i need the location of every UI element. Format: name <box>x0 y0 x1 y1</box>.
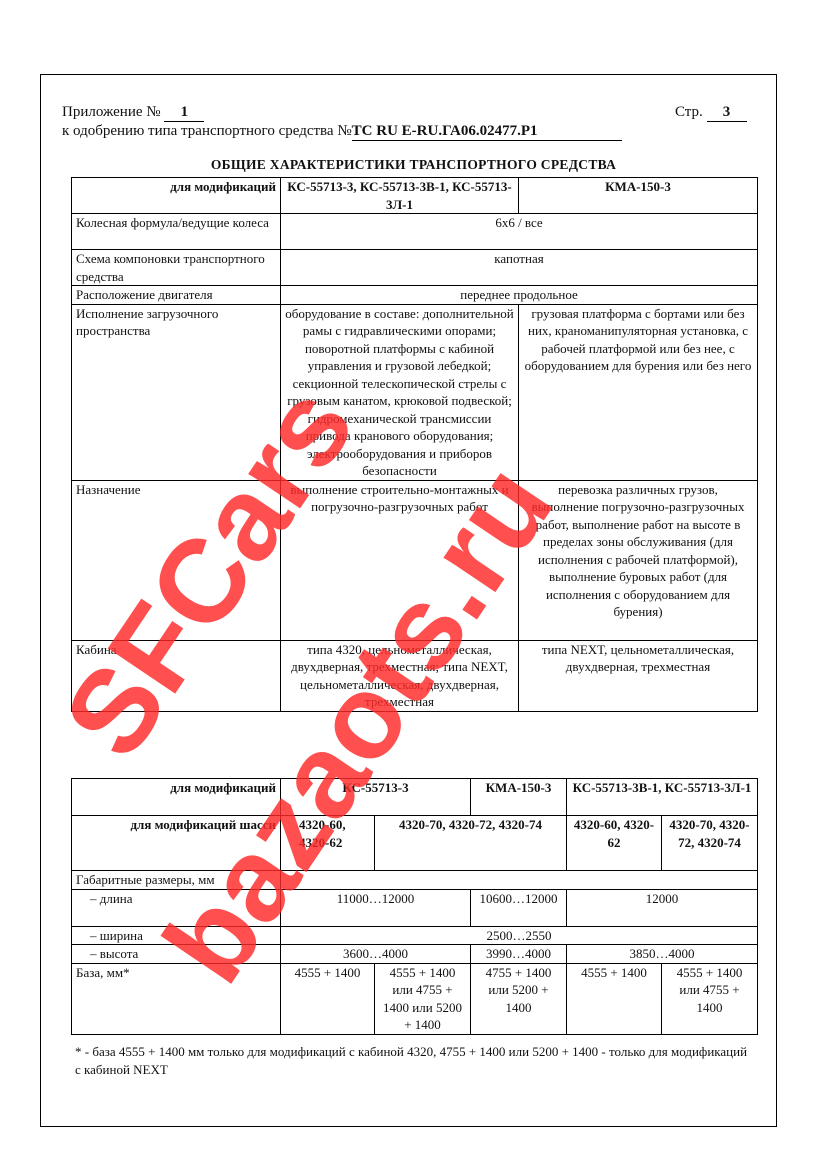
table-row: Кабина типа 4320, цельнометаллическая, д… <box>72 640 758 711</box>
length-v3: 12000 <box>567 889 758 926</box>
chassis-4: 4320-70, 4320-72, 4320-74 <box>662 816 758 871</box>
table-row: Схема компоновки транспортного средства … <box>72 250 758 286</box>
table-row: Назначение выполнение строительно-монтаж… <box>72 480 758 640</box>
table-row: Расположение двигателя переднее продольн… <box>72 286 758 305</box>
dims-label: Габаритные размеры, мм <box>72 871 281 890</box>
base-label: База, мм* <box>72 963 281 1034</box>
height-row: – высота 3600…4000 3990…4000 3850…4000 <box>72 945 758 964</box>
height-v1: 3600…4000 <box>281 945 471 964</box>
width-label: – ширина <box>72 926 281 945</box>
row-label: Исполнение загрузочного пространства <box>72 304 281 480</box>
mod-label: для модификаций <box>72 779 281 816</box>
row-value-col2: перевозка различных грузов, выполнение п… <box>519 480 758 640</box>
table-header-row: для модификаций КС-55713-3, КС-55713-3В-… <box>72 178 758 214</box>
page-number-line: Стр. 3 <box>675 103 747 122</box>
chassis-1: 4320-60, 4320-62 <box>281 816 375 871</box>
height-label: – высота <box>72 945 281 964</box>
row-value-col1: оборудование в составе: дополнительной р… <box>281 304 519 480</box>
appendix-number: 1 <box>164 103 204 122</box>
base-row: База, мм* 4555 + 1400 4555 + 1400 или 47… <box>72 963 758 1034</box>
chassis-3: 4320-60, 4320-62 <box>567 816 662 871</box>
base-v3: 4755 + 1400 или 5200 + 1400 <box>471 963 567 1034</box>
row-label: Назначение <box>72 480 281 640</box>
row-label: Кабина <box>72 640 281 711</box>
row-value: капотная <box>281 250 758 286</box>
width-row: – ширина 2500…2550 <box>72 926 758 945</box>
row-value: переднее продольное <box>281 286 758 305</box>
mod-ks55713-3: КС-55713-3 <box>281 779 471 816</box>
row-label: Схема компоновки транспортного средства <box>72 250 281 286</box>
row-value: 6х6 / все <box>281 214 758 250</box>
header-col1: КС-55713-3, КС-55713-3В-1, КС-55713-3Л-1 <box>281 178 519 214</box>
table-row: Колесная формула/ведущие колеса 6х6 / вс… <box>72 214 758 250</box>
base-v2: 4555 + 1400 или 4755 + 1400 или 5200 + 1… <box>375 963 471 1034</box>
width-value: 2500…2550 <box>281 926 758 945</box>
page-label: Стр. <box>675 104 703 120</box>
page-number: 3 <box>707 103 747 122</box>
appendix-line: Приложение № 1 <box>62 103 204 122</box>
mod-ks55713-3v1-3l1: КС-55713-3В-1, КС-55713-3Л-1 <box>567 779 758 816</box>
row-value-col1: типа 4320, цельнометаллическая, двухдвер… <box>281 640 519 711</box>
height-v2: 3990…4000 <box>471 945 567 964</box>
row-value-col1: выполнение строительно-монтажных и погру… <box>281 480 519 640</box>
base-v5: 4555 + 1400 или 4755 + 1400 <box>662 963 758 1034</box>
height-v3: 3850…4000 <box>567 945 758 964</box>
appendix-label: Приложение № <box>62 104 161 120</box>
dimensions-table: для модификаций КС-55713-3 КМА-150-3 КС-… <box>71 778 758 1035</box>
header-label: для модификаций <box>72 178 281 214</box>
approval-number: ТС RU E-RU.ГА06.02477.Р1 <box>352 122 622 141</box>
chassis-2: 4320-70, 4320-72, 4320-74 <box>375 816 567 871</box>
chassis-row: для модификаций шасси 4320-60, 4320-62 4… <box>72 816 758 871</box>
header-col2: КМА-150-3 <box>519 178 758 214</box>
base-v4: 4555 + 1400 <box>567 963 662 1034</box>
footnote: * - база 4555 + 1400 мм только для модиф… <box>75 1043 755 1079</box>
characteristics-table: для модификаций КС-55713-3, КС-55713-3В-… <box>71 177 758 712</box>
dims-row: Габаритные размеры, мм <box>72 871 758 890</box>
row-value-col2: типа NEXT, цельнометаллическая, двухдвер… <box>519 640 758 711</box>
chassis-label: для модификаций шасси <box>72 816 281 871</box>
base-v1: 4555 + 1400 <box>281 963 375 1034</box>
length-v2: 10600…12000 <box>471 889 567 926</box>
modifications-row: для модификаций КС-55713-3 КМА-150-3 КС-… <box>72 779 758 816</box>
length-row: – длина 11000…12000 10600…12000 12000 <box>72 889 758 926</box>
row-label: Расположение двигателя <box>72 286 281 305</box>
length-v1: 11000…12000 <box>281 889 471 926</box>
approval-prefix: к одобрению типа транспортного средства … <box>62 123 352 139</box>
row-value-col2: грузовая платформа с бортами или без них… <box>519 304 758 480</box>
length-label: – длина <box>72 889 281 926</box>
table-row: Исполнение загрузочного пространства обо… <box>72 304 758 480</box>
mod-kma150-3: КМА-150-3 <box>471 779 567 816</box>
approval-line: к одобрению типа транспортного средства … <box>62 122 622 141</box>
row-label: Колесная формула/ведущие колеса <box>72 214 281 250</box>
page-title: ОБЩИЕ ХАРАКТЕРИСТИКИ ТРАНСПОРТНОГО СРЕДС… <box>0 157 827 173</box>
